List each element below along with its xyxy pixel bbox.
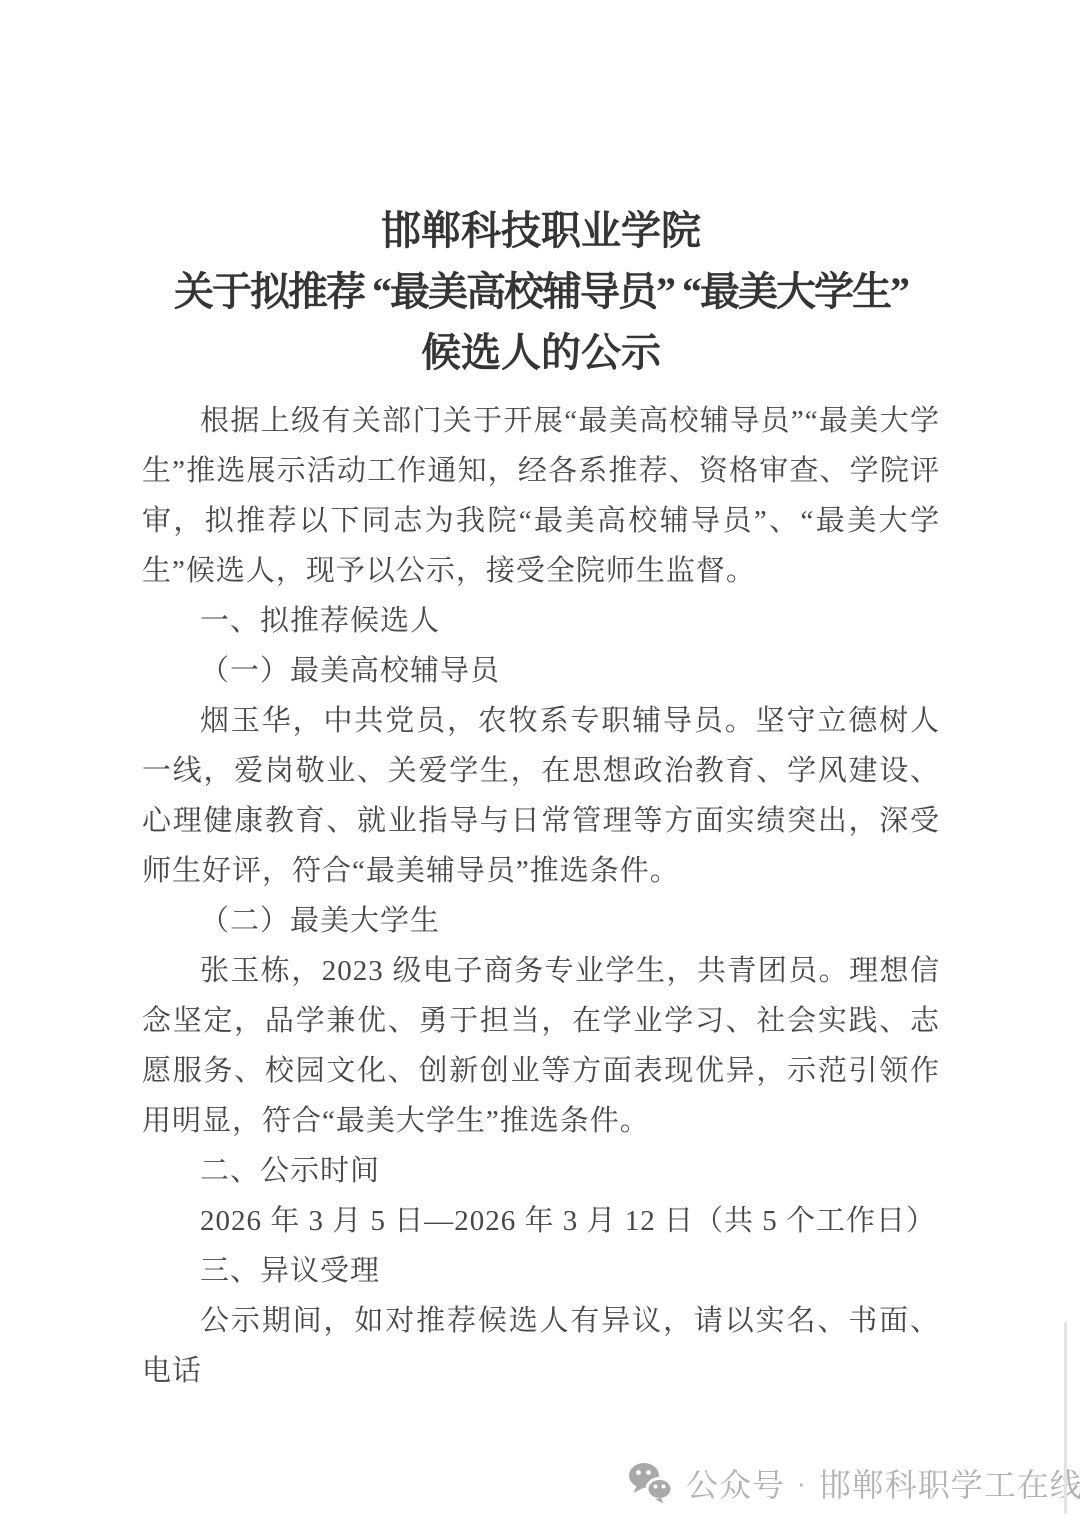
wechat-watermark-footer: 公众号 · 邯郸科职学工在线 — [628, 1458, 1080, 1508]
heading-section-1-1: （一）最美高校辅导员 — [142, 646, 940, 696]
heading-section-1-2: （二）最美大学生 — [142, 896, 940, 946]
heading-section-2: 二、公示时间 — [142, 1146, 940, 1196]
document-content: 邯郸科技职业学院 关于拟推荐 “最美高校辅导员” “最美大学生” 候选人的公示 … — [142, 200, 940, 1396]
heading-section-1: 一、拟推荐候选人 — [142, 596, 940, 646]
paragraph-objection: 公示期间，如对推荐候选人有异议，请以实名、书面、电话 — [142, 1296, 940, 1396]
title-line-2: 关于拟推荐 “最美高校辅导员” “最美大学生” — [142, 261, 940, 322]
scan-artifact-line — [1064, 1322, 1067, 1514]
footer-separator: · — [797, 1468, 807, 1499]
heading-section-3: 三、异议受理 — [142, 1246, 940, 1296]
document-body: 根据上级有关部门关于开展“最美高校辅导员”“最美大学生”推选展示活动工作通知，经… — [142, 396, 940, 1396]
paragraph-student-candidate: 张玉栋，2023 级电子商务专业学生，共青团员。理想信念坚定，品学兼优、勇于担当… — [142, 946, 940, 1146]
footer-account-name: 邯郸科职学工在线 — [819, 1460, 1080, 1506]
paragraph-publicity-period: 2026 年 3 月 5 日—2026 年 3 月 12 日（共 5 个工作日） — [142, 1196, 940, 1246]
document-title: 邯郸科技职业学院 关于拟推荐 “最美高校辅导员” “最美大学生” 候选人的公示 — [142, 200, 940, 383]
title-line-1: 邯郸科技职业学院 — [142, 200, 940, 261]
footer-prefix: 公众号 — [686, 1460, 785, 1506]
scanned-document-page: 邯郸科技职业学院 关于拟推荐 “最美高校辅导员” “最美大学生” 候选人的公示 … — [0, 0, 1080, 1527]
paragraph-intro: 根据上级有关部门关于开展“最美高校辅导员”“最美大学生”推选展示活动工作通知，经… — [142, 396, 940, 596]
wechat-icon — [628, 1462, 674, 1504]
paragraph-counselor-candidate: 烟玉华，中共党员，农牧系专职辅导员。坚守立德树人一线，爱岗敬业、关爱学生，在思想… — [142, 696, 940, 896]
title-line-3: 候选人的公示 — [142, 322, 940, 383]
